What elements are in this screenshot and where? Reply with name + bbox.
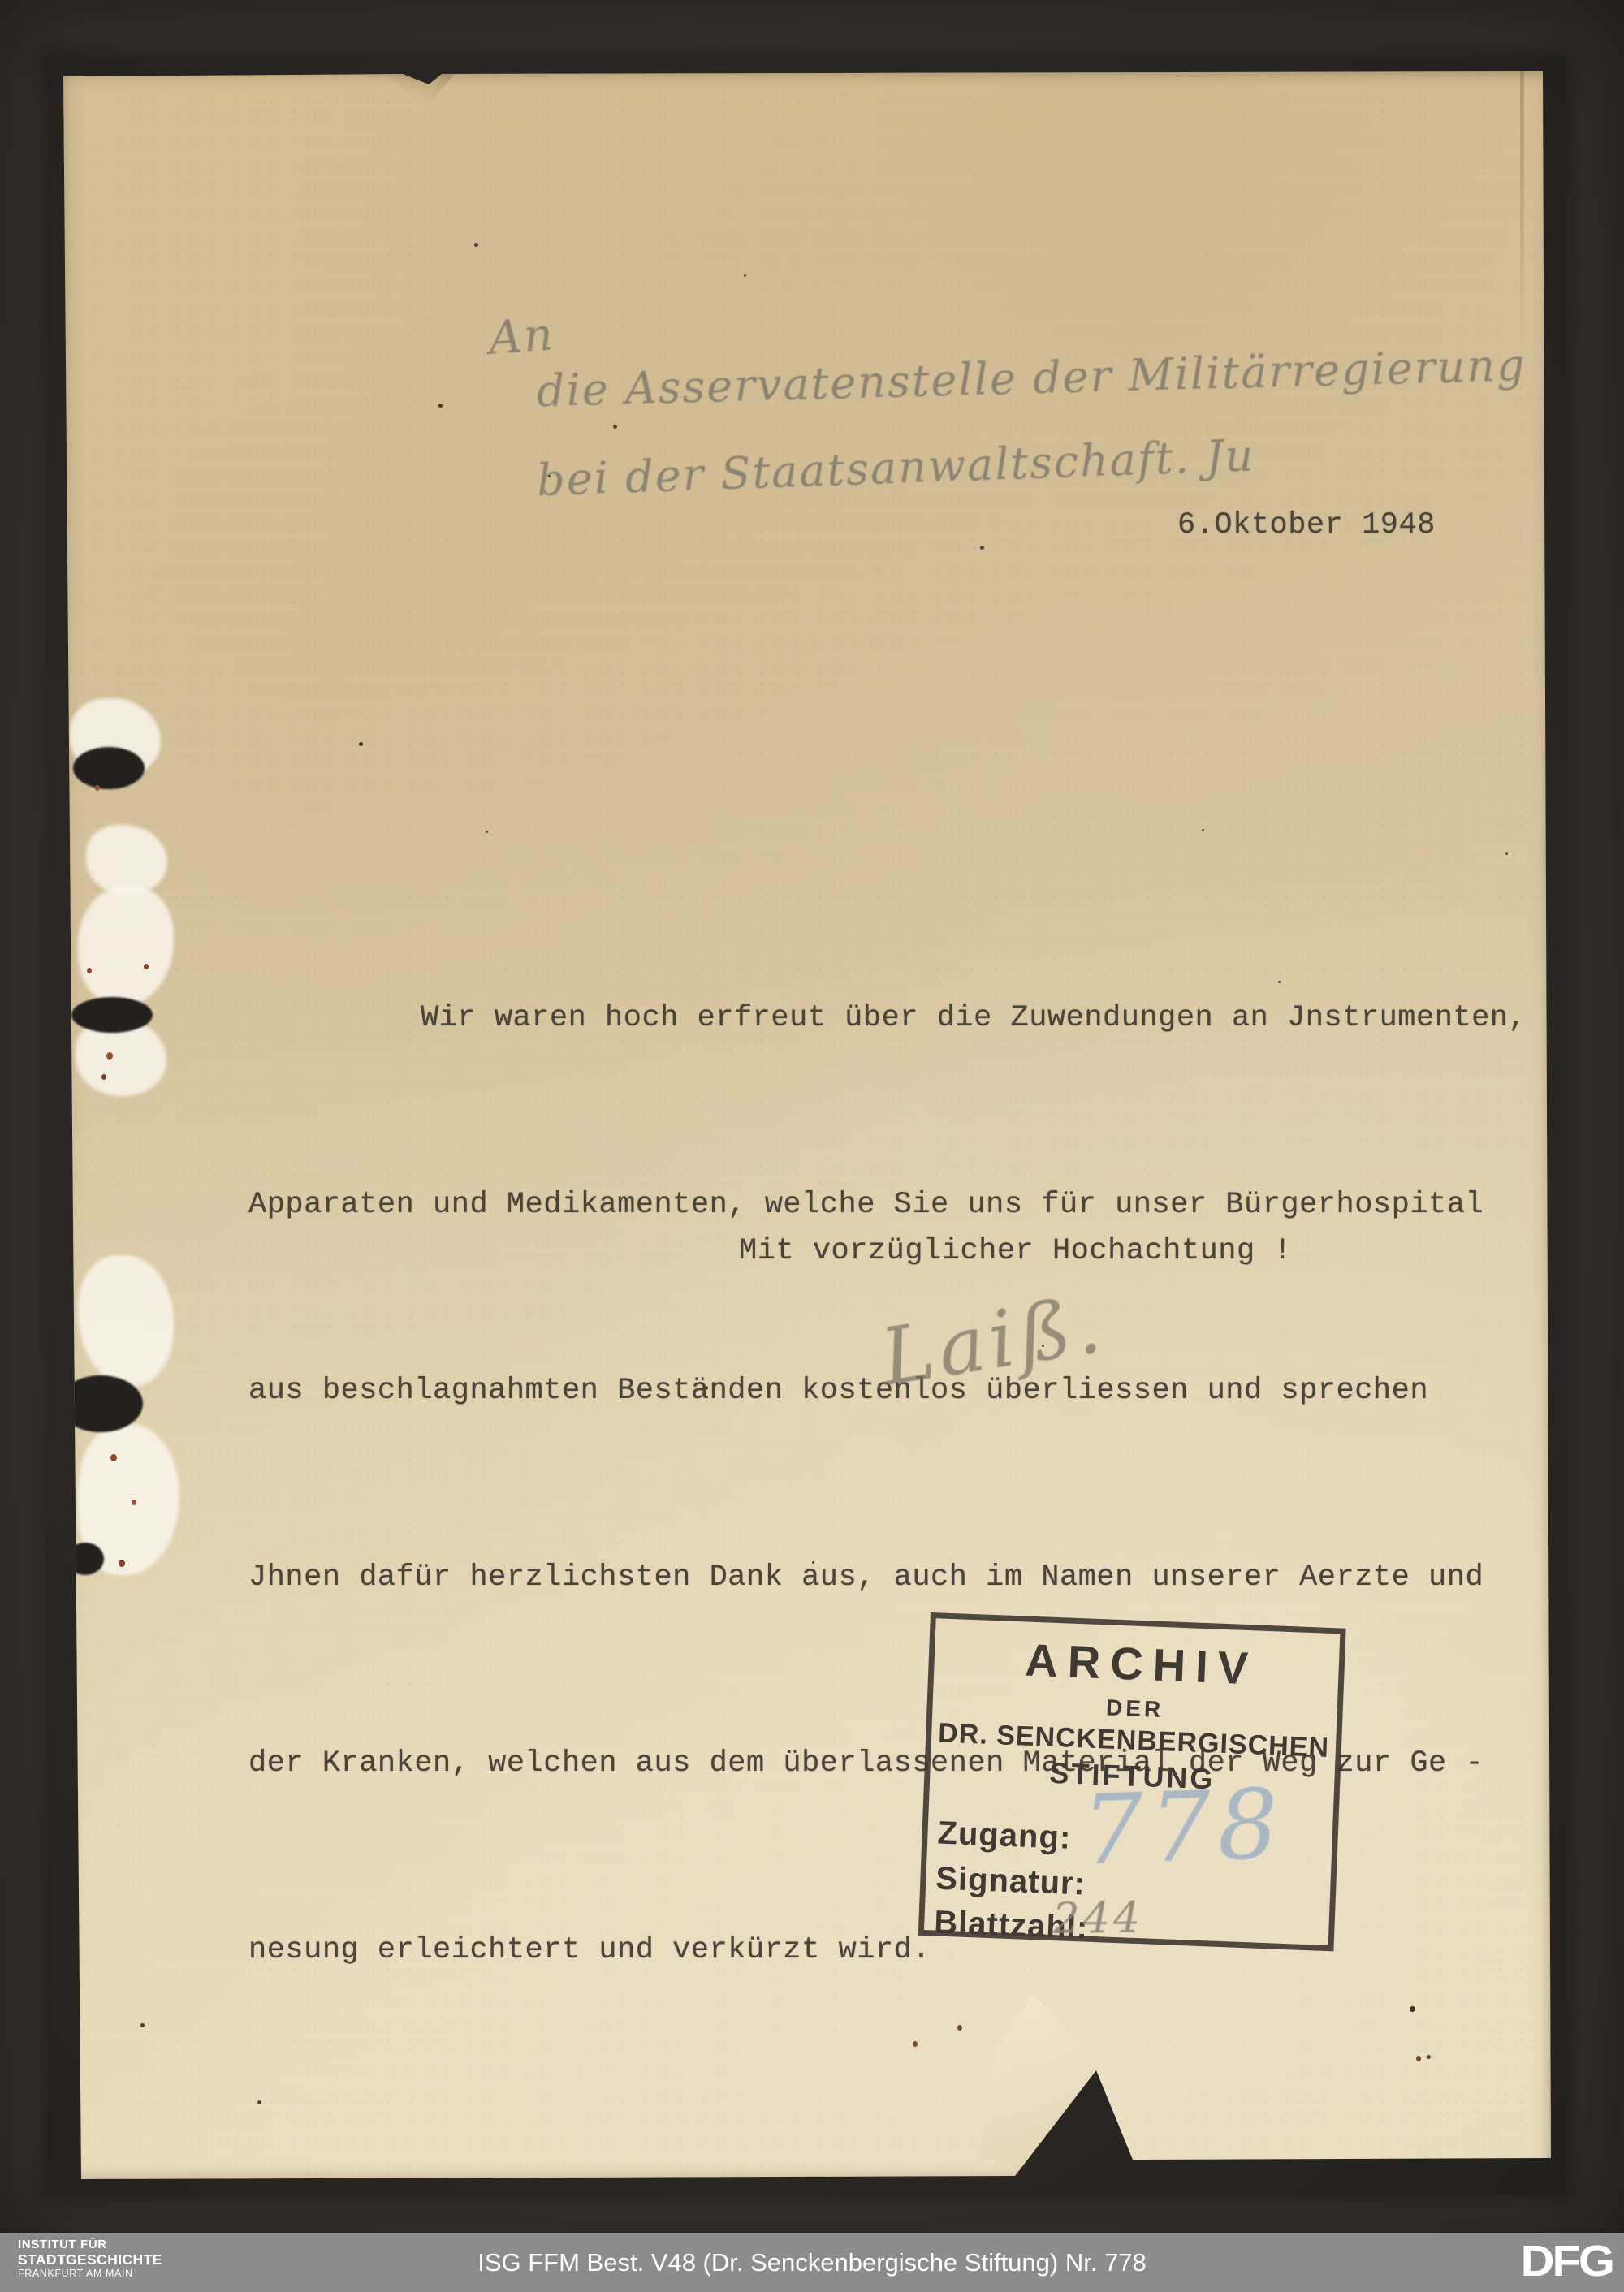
body-line: Jhnen dafür herzlichsten Dank aus, auch …	[248, 1547, 1527, 1609]
handwritten-address-line-1: An	[487, 308, 556, 365]
stamp-title: ARCHIV	[934, 1629, 1340, 1698]
closing-line: Mit vorzüglicher Hochachtung !	[739, 1234, 1292, 1268]
body-line: nesung erleichtert und verkürzt wird.	[248, 1919, 1527, 1982]
right-edge-crease	[1520, 71, 1524, 347]
damage-white-patch	[86, 825, 167, 895]
body-line: Wir waren hoch erfreut über die Zuwendun…	[421, 987, 1527, 1050]
stamp-value-zugang-signatur: 778	[1081, 1776, 1286, 1878]
handwritten-address-line-2: die Asservatenstelle der Militärregierun…	[536, 339, 1527, 417]
letter-paper-sheet: An die Asservatenstelle der Militärregie…	[63, 71, 1551, 2179]
stamp-field-zugang-label: Zugang:	[937, 1815, 1072, 1857]
typed-date: 6.Oktober 1948	[1177, 508, 1436, 542]
body-line: Apparaten und Medikamenten, welche Sie u…	[248, 1174, 1527, 1237]
stamp-value-blattzahl: 244	[1052, 1897, 1143, 1940]
handwritten-address-line-3: bei der Staatsanwaltschaft. Ju	[536, 429, 1255, 506]
footer-bar: INSTITUT FÜR STADTGESCHICHTE FRANKFURT A…	[0, 2233, 1624, 2292]
institute-logo-text: INSTITUT FÜR STADTGESCHICHTE FRANKFURT A…	[18, 2238, 162, 2279]
footer-reference: ISG FFM Best. V48 (Dr. Senckenbergische …	[477, 2248, 1147, 2277]
damage-white-patch	[78, 1255, 174, 1387]
damage-white-patch	[78, 887, 174, 1007]
paper-hole	[73, 747, 145, 789]
paper-hole	[71, 997, 153, 1033]
institute-line-1: INSTITUT FÜR	[18, 2238, 162, 2252]
institute-line-3: FRANKFURT AM MAIN	[18, 2268, 162, 2279]
institute-line-2: STADTGESCHICHTE	[18, 2252, 162, 2268]
dfg-logo: DFG	[1521, 2236, 1613, 2286]
scanned-document-page: An die Asservatenstelle der Militärregie…	[0, 0, 1624, 2292]
archive-stamp: ARCHIV DER DR. SENCKENBERGISCHEN STIFTUN…	[918, 1612, 1346, 1951]
letter-body: Wir waren hoch erfreut über die Zuwendun…	[248, 863, 1527, 2105]
